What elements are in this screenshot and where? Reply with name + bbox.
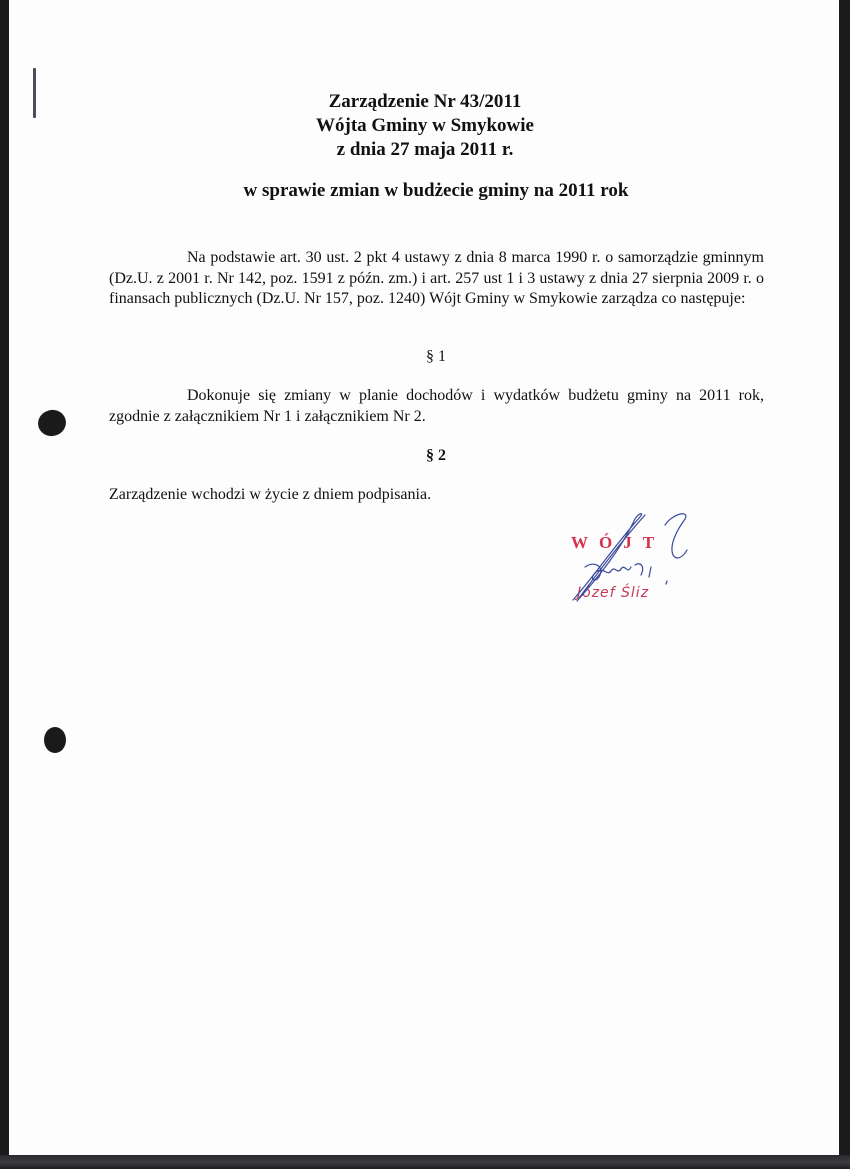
document-date: z dnia 27 maja 2011 r. <box>0 138 850 162</box>
punch-hole-icon <box>44 727 66 753</box>
document-title: Zarządzenie Nr 43/2011 <box>0 90 850 114</box>
document-issuer: Wójta Gminy w Smykowie <box>0 114 850 138</box>
official-stamp: WÓJT Józef Śliz <box>565 505 705 610</box>
section-2-text: Zarządzenie wchodzi w życie z dniem podp… <box>109 485 764 506</box>
section-mark-2: § 2 <box>0 447 850 465</box>
section-1-paragraph: Dokonuje się zmiany w planie dochodów i … <box>109 386 764 427</box>
section-mark-1: § 1 <box>0 348 850 366</box>
legal-basis-paragraph: Na podstawie art. 30 ust. 2 pkt 4 ustawy… <box>109 248 764 310</box>
legal-basis-text: Na podstawie art. 30 ust. 2 pkt 4 ustawy… <box>109 249 764 307</box>
scanned-page <box>9 0 839 1155</box>
document-header: Zarządzenie Nr 43/2011 Wójta Gminy w Smy… <box>0 90 850 162</box>
document-subject: w sprawie zmian w budżecie gminy na 2011… <box>0 180 850 202</box>
section-1-text: Dokonuje się zmiany w planie dochodów i … <box>109 387 764 425</box>
signature-icon <box>565 505 705 610</box>
scan-edge-bottom <box>0 1155 850 1169</box>
